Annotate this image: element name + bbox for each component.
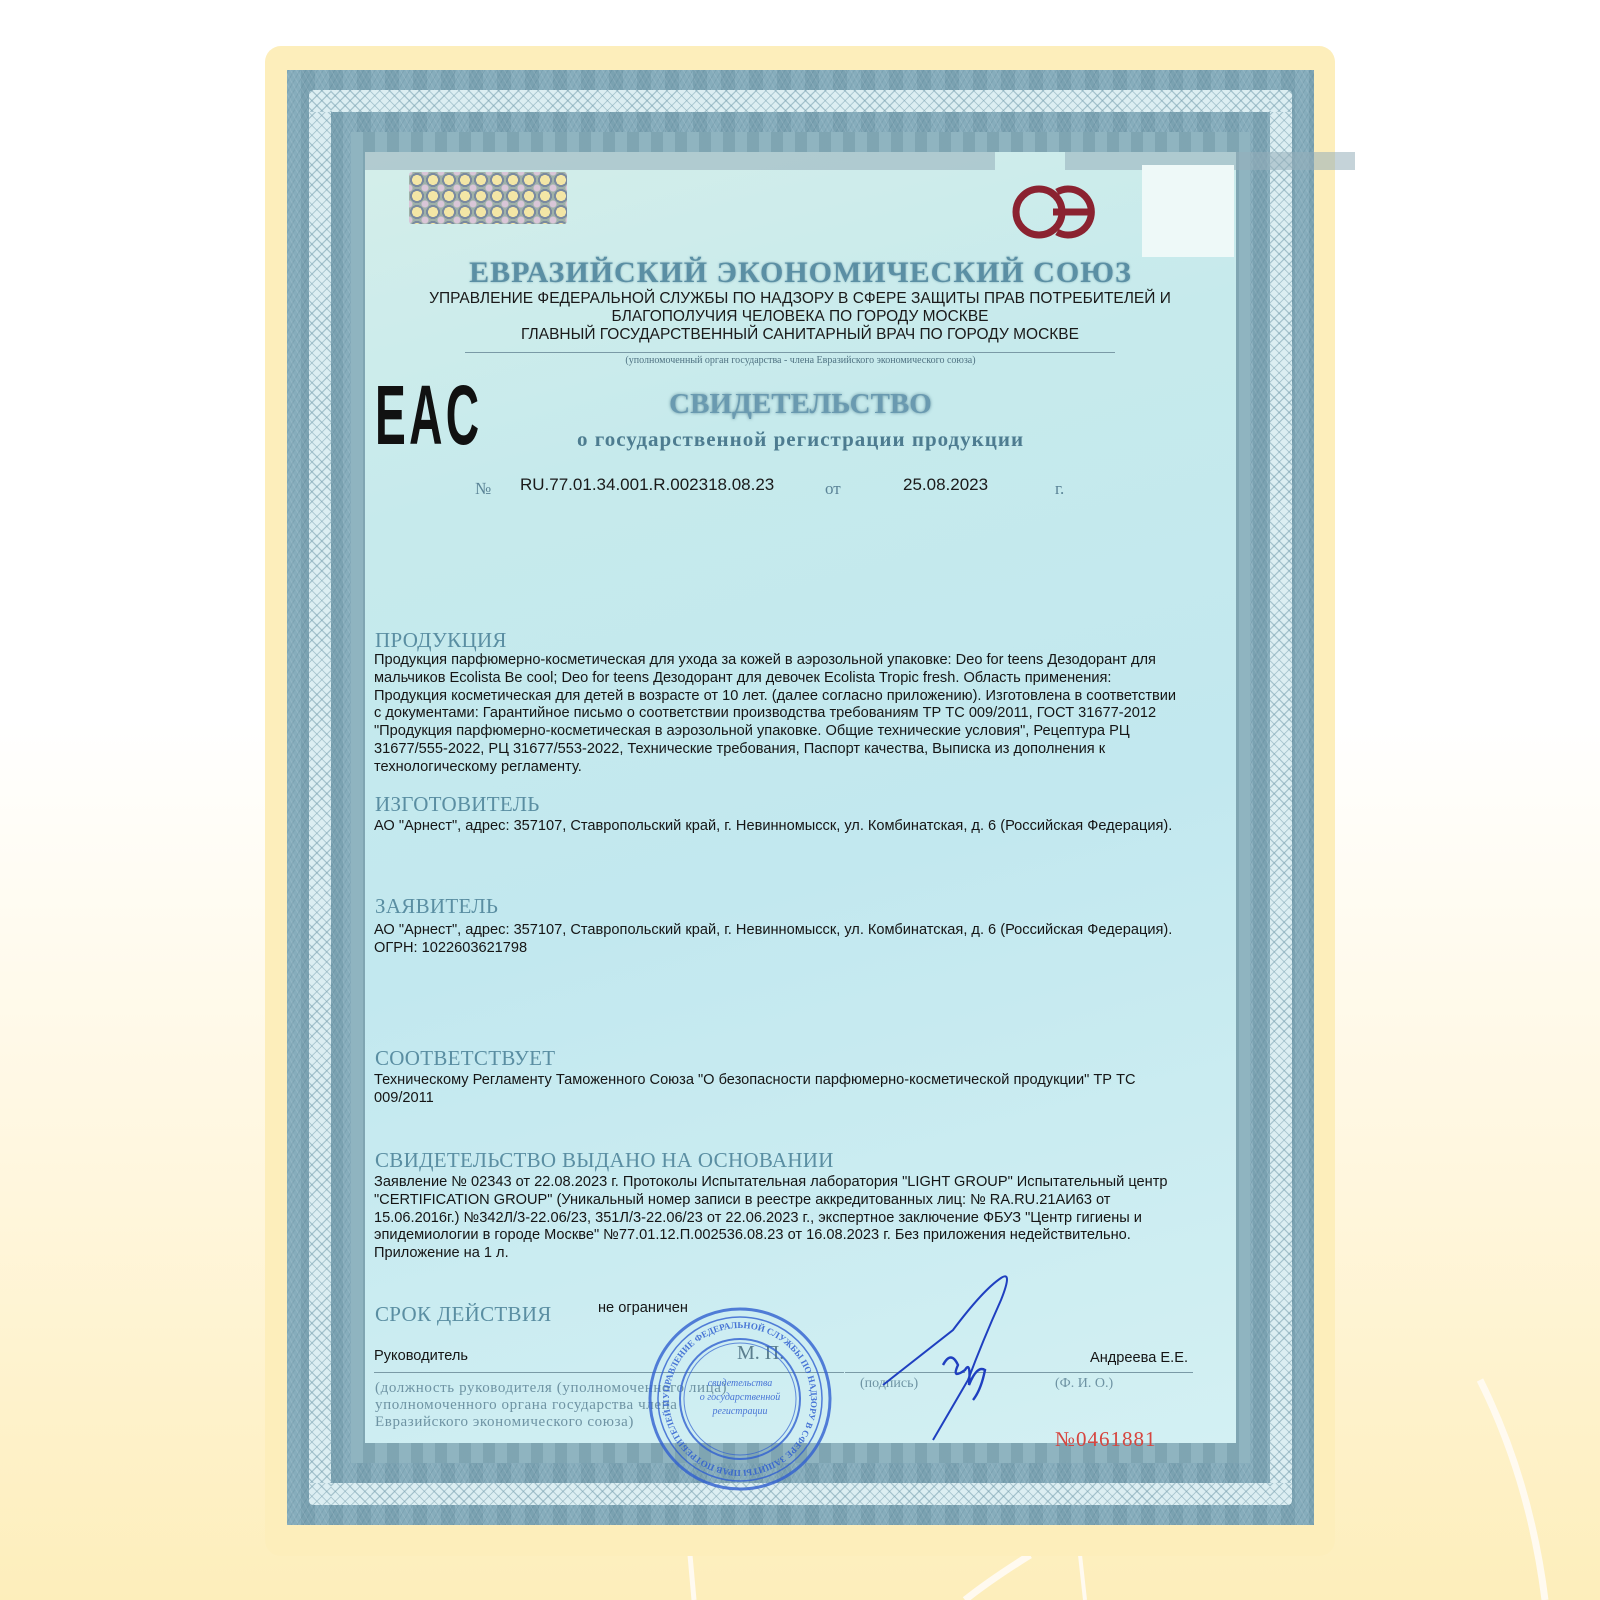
validity-heading: СРОК ДЕЙСТВИЯ [375,1302,552,1327]
manufacturer-heading: ИЗГОТОВИТЕЛЬ [375,792,540,817]
registration-date: 25.08.2023 [903,475,988,495]
divider [465,352,1115,353]
date-label: от [825,479,841,499]
number-label: № [475,479,491,499]
conforms-text: Техническому Регламенту Таможенного Союз… [374,1072,1184,1108]
authority-line: БЛАГОПОЛУЧИЯ ЧЕЛОВЕКА ПО ГОРОДУ МОСКВЕ [395,308,1205,326]
svg-text:регистрации: регистрации [712,1406,768,1417]
year-suffix: г. [1055,479,1064,499]
blank-photo-box [1142,165,1234,257]
applicant-heading: ЗАЯВИТЕЛЬ [375,894,498,919]
product-heading: ПРОДУКЦИЯ [375,628,507,653]
svg-text:о государственной: о государственной [700,1392,781,1403]
conforms-heading: СООТВЕТСТВУЕТ [375,1046,555,1071]
authority-note: (уполномоченный орган государства - член… [365,355,1236,366]
product-text: Продукция парфюмерно-косметическая для у… [374,652,1184,777]
name-caption: (Ф. И. О.) [1055,1376,1113,1392]
certificate-document: ЕВРАЗИЙСКИЙ ЭКОНОМИЧЕСКИЙ СОЮЗ УПРАВЛЕНИ… [287,70,1314,1525]
document-subtitle: о государственной регистрации продукции [365,427,1236,452]
registration-line: № RU.77.01.34.001.R.002318.08.23 от 25.0… [365,475,1236,499]
eurasian-union-emblem-icon [1007,184,1103,240]
signatory-name: Андреева Е.Е. [1090,1350,1188,1366]
signature-icon [873,1270,1023,1450]
authority-name: УПРАВЛЕНИЕ ФЕДЕРАЛЬНОЙ СЛУЖБЫ ПО НАДЗОРУ… [395,290,1205,344]
document-title: СВИДЕТЕЛЬСТВО [365,388,1236,421]
registration-number: RU.77.01.34.001.R.002318.08.23 [520,475,774,495]
form-serial-number: №0461881 [1055,1427,1157,1452]
union-title: ЕВРАЗИЙСКИЙ ЭКОНОМИЧЕСКИЙ СОЮЗ [365,256,1236,290]
basis-heading: СВИДЕТЕЛЬСТВО ВЫДАНО НА ОСНОВАНИИ [375,1148,834,1173]
svg-text:свидетельства: свидетельства [708,1378,773,1389]
signatory-role: Руководитель [374,1348,468,1364]
authority-line: УПРАВЛЕНИЕ ФЕДЕРАЛЬНОЙ СЛУЖБЫ ПО НАДЗОРУ… [395,290,1205,308]
certificate-content: ЕВРАЗИЙСКИЙ ЭКОНОМИЧЕСКИЙ СОЮЗ УПРАВЛЕНИ… [365,152,1236,1443]
applicant-text: АО "Арнест", адрес: 357107, Ставропольск… [374,922,1184,958]
certificate-paper: ЕВРАЗИЙСКИЙ ЭКОНОМИЧЕСКИЙ СОЮЗ УПРАВЛЕНИ… [365,152,1236,1443]
hologram-icon [409,172,567,224]
basis-text: Заявление № 02343 от 22.08.2023 г. Прото… [374,1174,1184,1263]
authority-line: ГЛАВНЫЙ ГОСУДАРСТВЕННЫЙ САНИТАРНЫЙ ВРАЧ … [395,326,1205,344]
official-stamp-icon: УПРАВЛЕНИЕ ФЕДЕРАЛЬНОЙ СЛУЖБЫ ПО НАДЗОРУ… [645,1304,835,1494]
manufacturer-text: АО "Арнест", адрес: 357107, Ставропольск… [374,818,1184,836]
